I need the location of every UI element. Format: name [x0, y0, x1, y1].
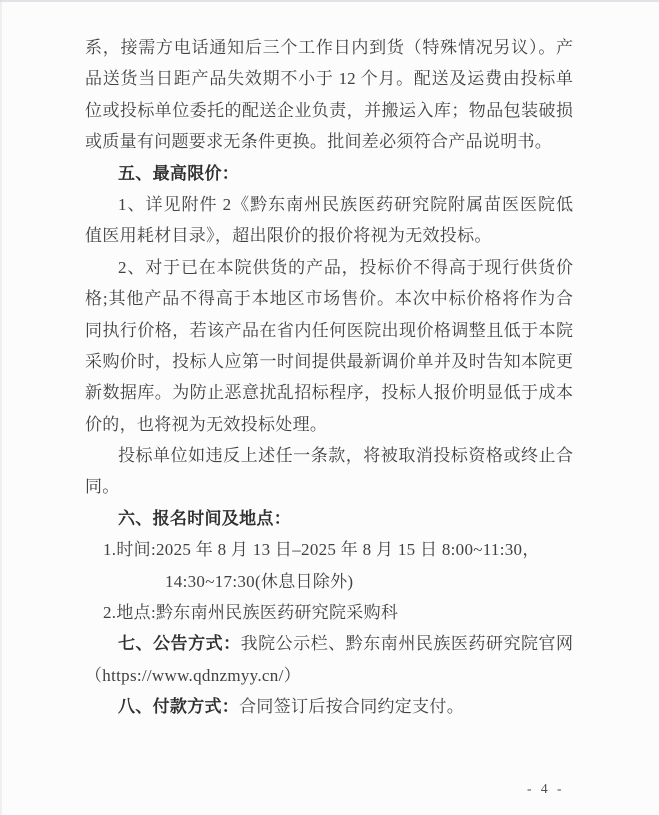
body-text: 新数据库。为防止恶意扰乱招标程序，投标人报价明显低于成本 [85, 383, 573, 402]
body-text: 位或投标单位委托的配送企业负责，并搬运入库；物品包装破损 [85, 101, 573, 120]
body-text: 合同签订后按合同约定支付。 [239, 697, 464, 716]
text-line: 系，接需方电话通知后三个工作日内到货（特殊情况另议）。产 [85, 32, 573, 63]
text-line: 14:30~17:30(休息日除外) [85, 566, 573, 597]
text-line: 1、详见附件 2《黔东南州民族医药研究院附属苗医医院低 [85, 189, 573, 220]
body-text: 投标单位如违反上述任一条款，将被取消投标资格或终止合 [118, 446, 573, 465]
body-text: 1、详见附件 2《黔东南州民族医药研究院附属苗医医院低 [118, 195, 573, 214]
text-line: 格;其他产品不得高于本地区市场售价。本次中标价格将作为合 [85, 283, 573, 314]
heading-text: 八、付款方式： [118, 697, 239, 716]
body-text: 同执行价格，若该产品在省内任何医院出现价格调整且低于本院 [85, 321, 573, 340]
body-text: 2、对于已在本院供货的产品，投标价不得高于现行供货价 [118, 258, 573, 277]
body-text: 或质量有问题要求无条件更换。批间差必须符合产品说明书。 [85, 132, 552, 151]
heading-text: 六、报名时间及地点： [118, 509, 291, 528]
text-line: 六、报名时间及地点： [85, 503, 573, 534]
body-text: 值医用耗材目录》，超出限价的报价将视为无效投标。 [85, 226, 492, 245]
text-line: 五、最高限价： [85, 158, 573, 189]
text-line: 同执行价格，若该产品在省内任何医院出现价格调整且低于本院 [85, 315, 573, 346]
body-text: （https://www.qdnzmyy.cn/） [85, 666, 301, 685]
document-page: 系，接需方电话通知后三个工作日内到货（特殊情况另议）。产品送货当日距产品失效期不… [0, 0, 659, 815]
body-text: 系，接需方电话通知后三个工作日内到货（特殊情况另议）。产 [85, 38, 573, 57]
text-line: 投标单位如违反上述任一条款，将被取消投标资格或终止合 [85, 440, 573, 471]
page-number: - 4 - [527, 781, 565, 797]
body-text: 14:30~17:30(休息日除外) [165, 572, 353, 591]
text-line: （https://www.qdnzmyy.cn/） [85, 660, 573, 691]
body-text: 采购价时，投标人应第一时间提供最新调价单并及时告知本院更 [85, 352, 573, 371]
heading-text: 五、最高限价： [118, 164, 239, 183]
text-line: 八、付款方式：合同签订后按合同约定支付。 [85, 691, 573, 722]
text-line: 1.时间:2025 年 8 月 13 日–2025 年 8 月 15 日 8:0… [85, 534, 573, 565]
text-line: 采购价时，投标人应第一时间提供最新调价单并及时告知本院更 [85, 346, 573, 377]
body-text: 价的，也将视为无效投标处理。 [85, 415, 327, 434]
text-line: 2.地点:黔东南州民族医药研究院采购科 [85, 597, 573, 628]
body-text: 品送货当日距产品失效期不小于 12 个月。配送及运费由投标单 [85, 69, 573, 88]
body-text: 2.地点:黔东南州民族医药研究院采购科 [103, 603, 398, 622]
body-text: 同。 [85, 477, 120, 496]
text-line: 位或投标单位委托的配送企业负责，并搬运入库；物品包装破损 [85, 95, 573, 126]
heading-text: 七、公告方式： [118, 634, 241, 653]
text-line: 2、对于已在本院供货的产品，投标价不得高于现行供货价 [85, 252, 573, 283]
body-text: 我院公示栏、黔东南州民族医药研究院官网 [241, 634, 573, 653]
text-line: 或质量有问题要求无条件更换。批间差必须符合产品说明书。 [85, 126, 573, 157]
body-text: 格;其他产品不得高于本地区市场售价。本次中标价格将作为合 [85, 289, 573, 308]
text-line: 新数据库。为防止恶意扰乱招标程序，投标人报价明显低于成本 [85, 377, 573, 408]
document-body: 系，接需方电话通知后三个工作日内到货（特殊情况另议）。产品送货当日距产品失效期不… [85, 32, 573, 723]
text-line: 同。 [85, 471, 573, 502]
text-line: 价的，也将视为无效投标处理。 [85, 409, 573, 440]
text-line: 七、公告方式：我院公示栏、黔东南州民族医药研究院官网 [85, 628, 573, 659]
text-line: 值医用耗材目录》，超出限价的报价将视为无效投标。 [85, 220, 573, 251]
text-line: 品送货当日距产品失效期不小于 12 个月。配送及运费由投标单 [85, 63, 573, 94]
body-text: 1.时间:2025 年 8 月 13 日–2025 年 8 月 15 日 8:0… [103, 540, 540, 559]
